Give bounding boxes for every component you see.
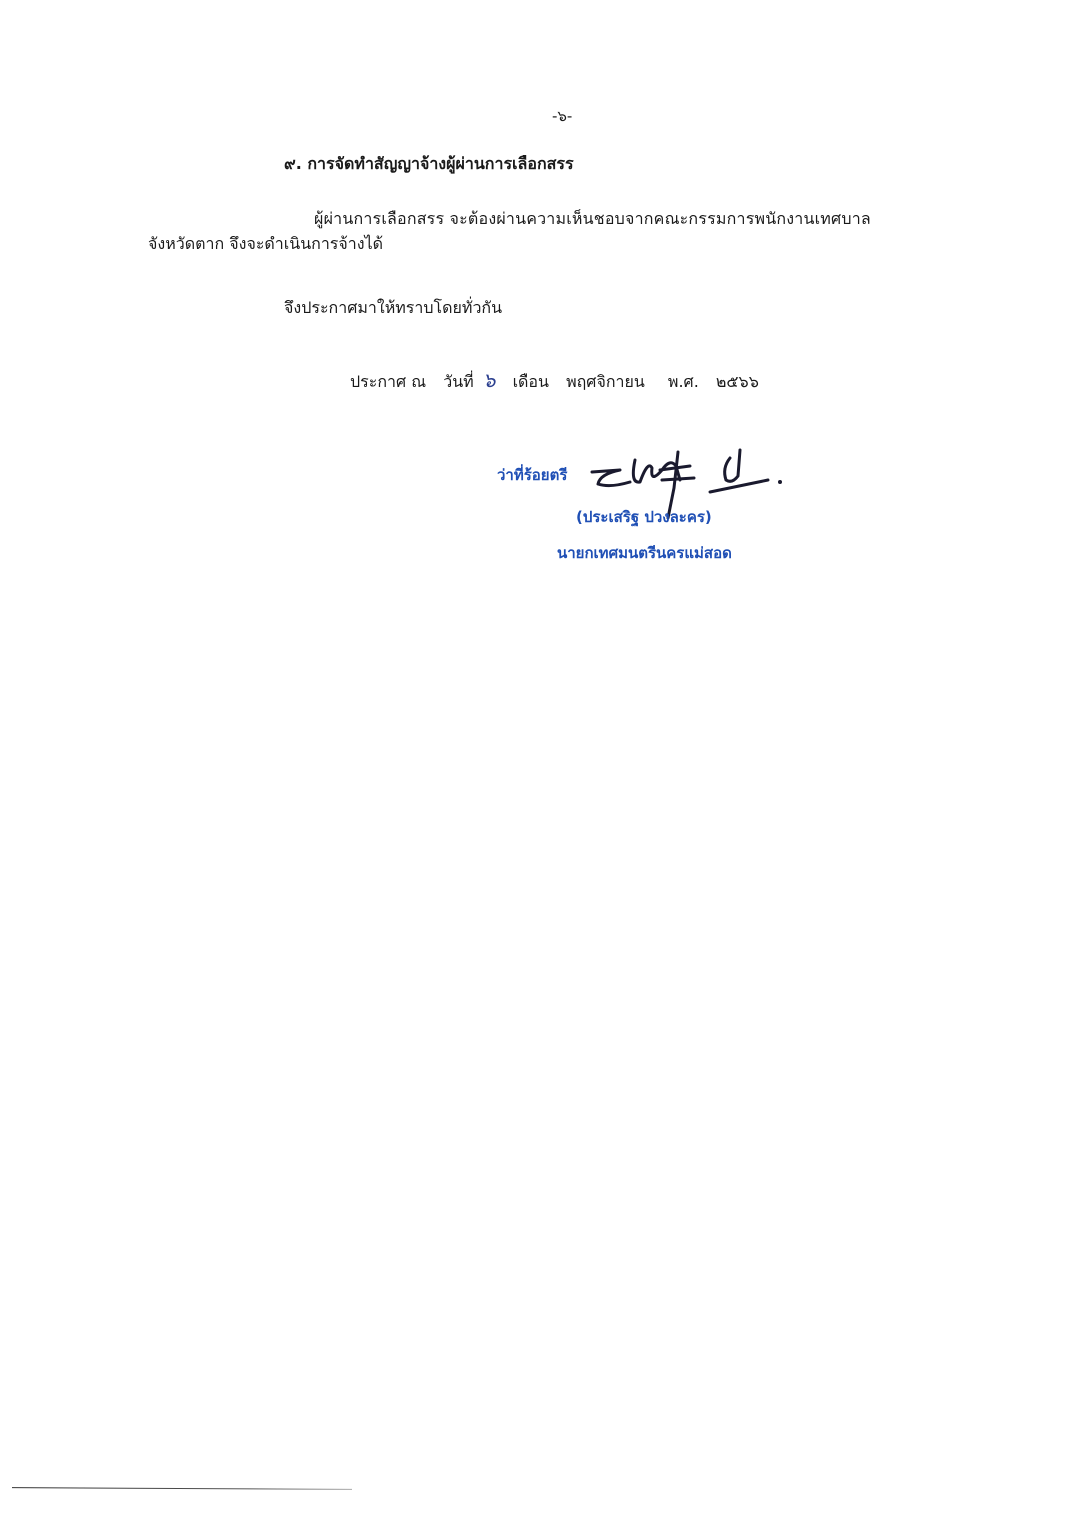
announcement: จึงประกาศมาให้ทราบโดยทั่วกัน [284, 296, 502, 321]
year-value: ๒๕๖๖ [716, 372, 759, 391]
year-label: พ.ศ. [668, 372, 699, 391]
date-prefix: ประกาศ ณ [350, 372, 426, 391]
signer-name: (ประเสริฐ ปวงละคร) [576, 505, 712, 529]
page-number: -๖- [552, 104, 572, 128]
date-line: ประกาศ ณ วันที่ ๖ เดือน พฤศจิกายน พ.ศ. ๒… [350, 364, 771, 396]
section-heading: ๙. การจัดทำสัญญาจ้างผู้ผ่านการเลือกสรร [284, 152, 574, 177]
paragraph-line-2: จังหวัดตาก จึงจะดำเนินการจ้างได้ [148, 232, 383, 257]
signer-rank: ว่าที่ร้อยตรี [497, 463, 567, 487]
month-value: พฤศจิกายน [566, 372, 645, 391]
footer-rule [12, 1487, 352, 1490]
signer-title: นายกเทศมนตรีนครแม่สอด [557, 541, 732, 565]
month-label: เดือน [513, 372, 549, 391]
paragraph-line-1: ผู้ผ่านการเลือกสรร จะต้องผ่านความเห็นชอบ… [314, 207, 871, 232]
day-label: วันที่ [443, 372, 473, 391]
day-value: ๖ [483, 368, 496, 392]
